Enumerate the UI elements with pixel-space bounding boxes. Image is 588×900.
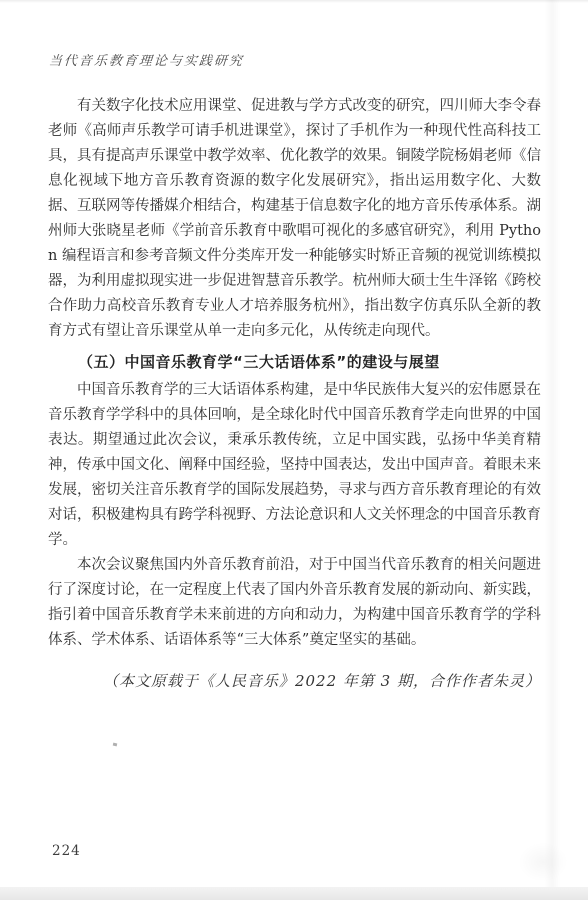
paragraph-digital-teaching: 有关数字化技术应用课堂、促进教与学方式改变的研究，四川师大李令春老师《高师声乐教… <box>48 94 541 344</box>
scan-edge-bottom <box>0 887 588 900</box>
page-number: 224 <box>52 843 81 859</box>
section-heading: （五）中国音乐教育学“三大话语体系”的建设与展望 <box>48 350 541 374</box>
paragraph-conclusion: 本次会议聚焦国内外音乐教育前沿，对于中国当代音乐教育的相关问题进行了深度讨论，在… <box>48 553 541 653</box>
attribution-note: （本文原载于《人民音乐》2022 年第 3 期，合作作者朱灵） <box>48 669 541 694</box>
article-body: 有关数字化技术应用课堂、促进教与学方式改变的研究，四川师大李令春老师《高师声乐教… <box>48 94 541 694</box>
book-page: 当代音乐教育理论与实践研究 有关数字化技术应用课堂、促进教与学方式改变的研究，四… <box>0 0 588 900</box>
scan-streak-right <box>544 0 560 900</box>
scan-artifact <box>113 743 118 747</box>
corner-shadow <box>518 842 568 882</box>
running-header: 当代音乐教育理论与实践研究 <box>48 50 244 69</box>
paragraph-three-discourse: 中国音乐教育学的三大话语体系构建，是中华民族伟大复兴的宏伟愿景在音乐教育学学科中… <box>48 378 541 553</box>
scan-edge-top <box>0 0 588 3</box>
